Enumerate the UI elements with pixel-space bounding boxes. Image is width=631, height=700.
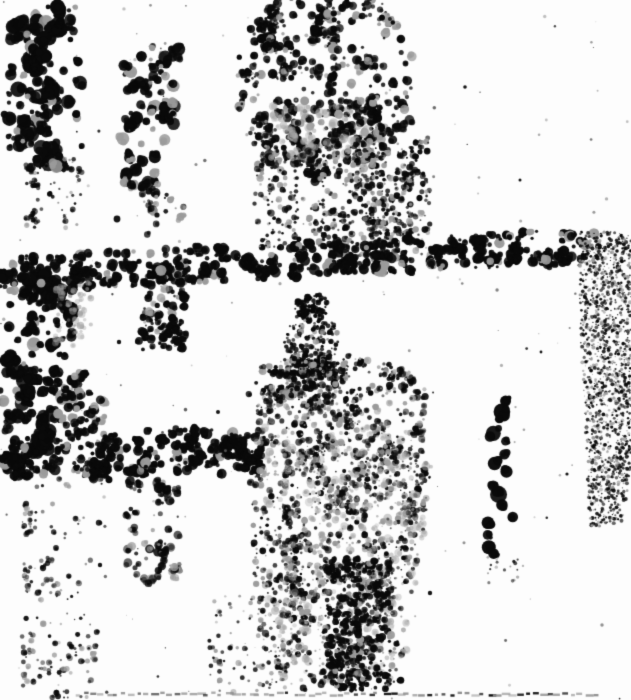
stipple-artwork: [0, 0, 631, 700]
artwork-page: [0, 0, 631, 700]
stipple-artwork-canvas: [0, 0, 631, 700]
